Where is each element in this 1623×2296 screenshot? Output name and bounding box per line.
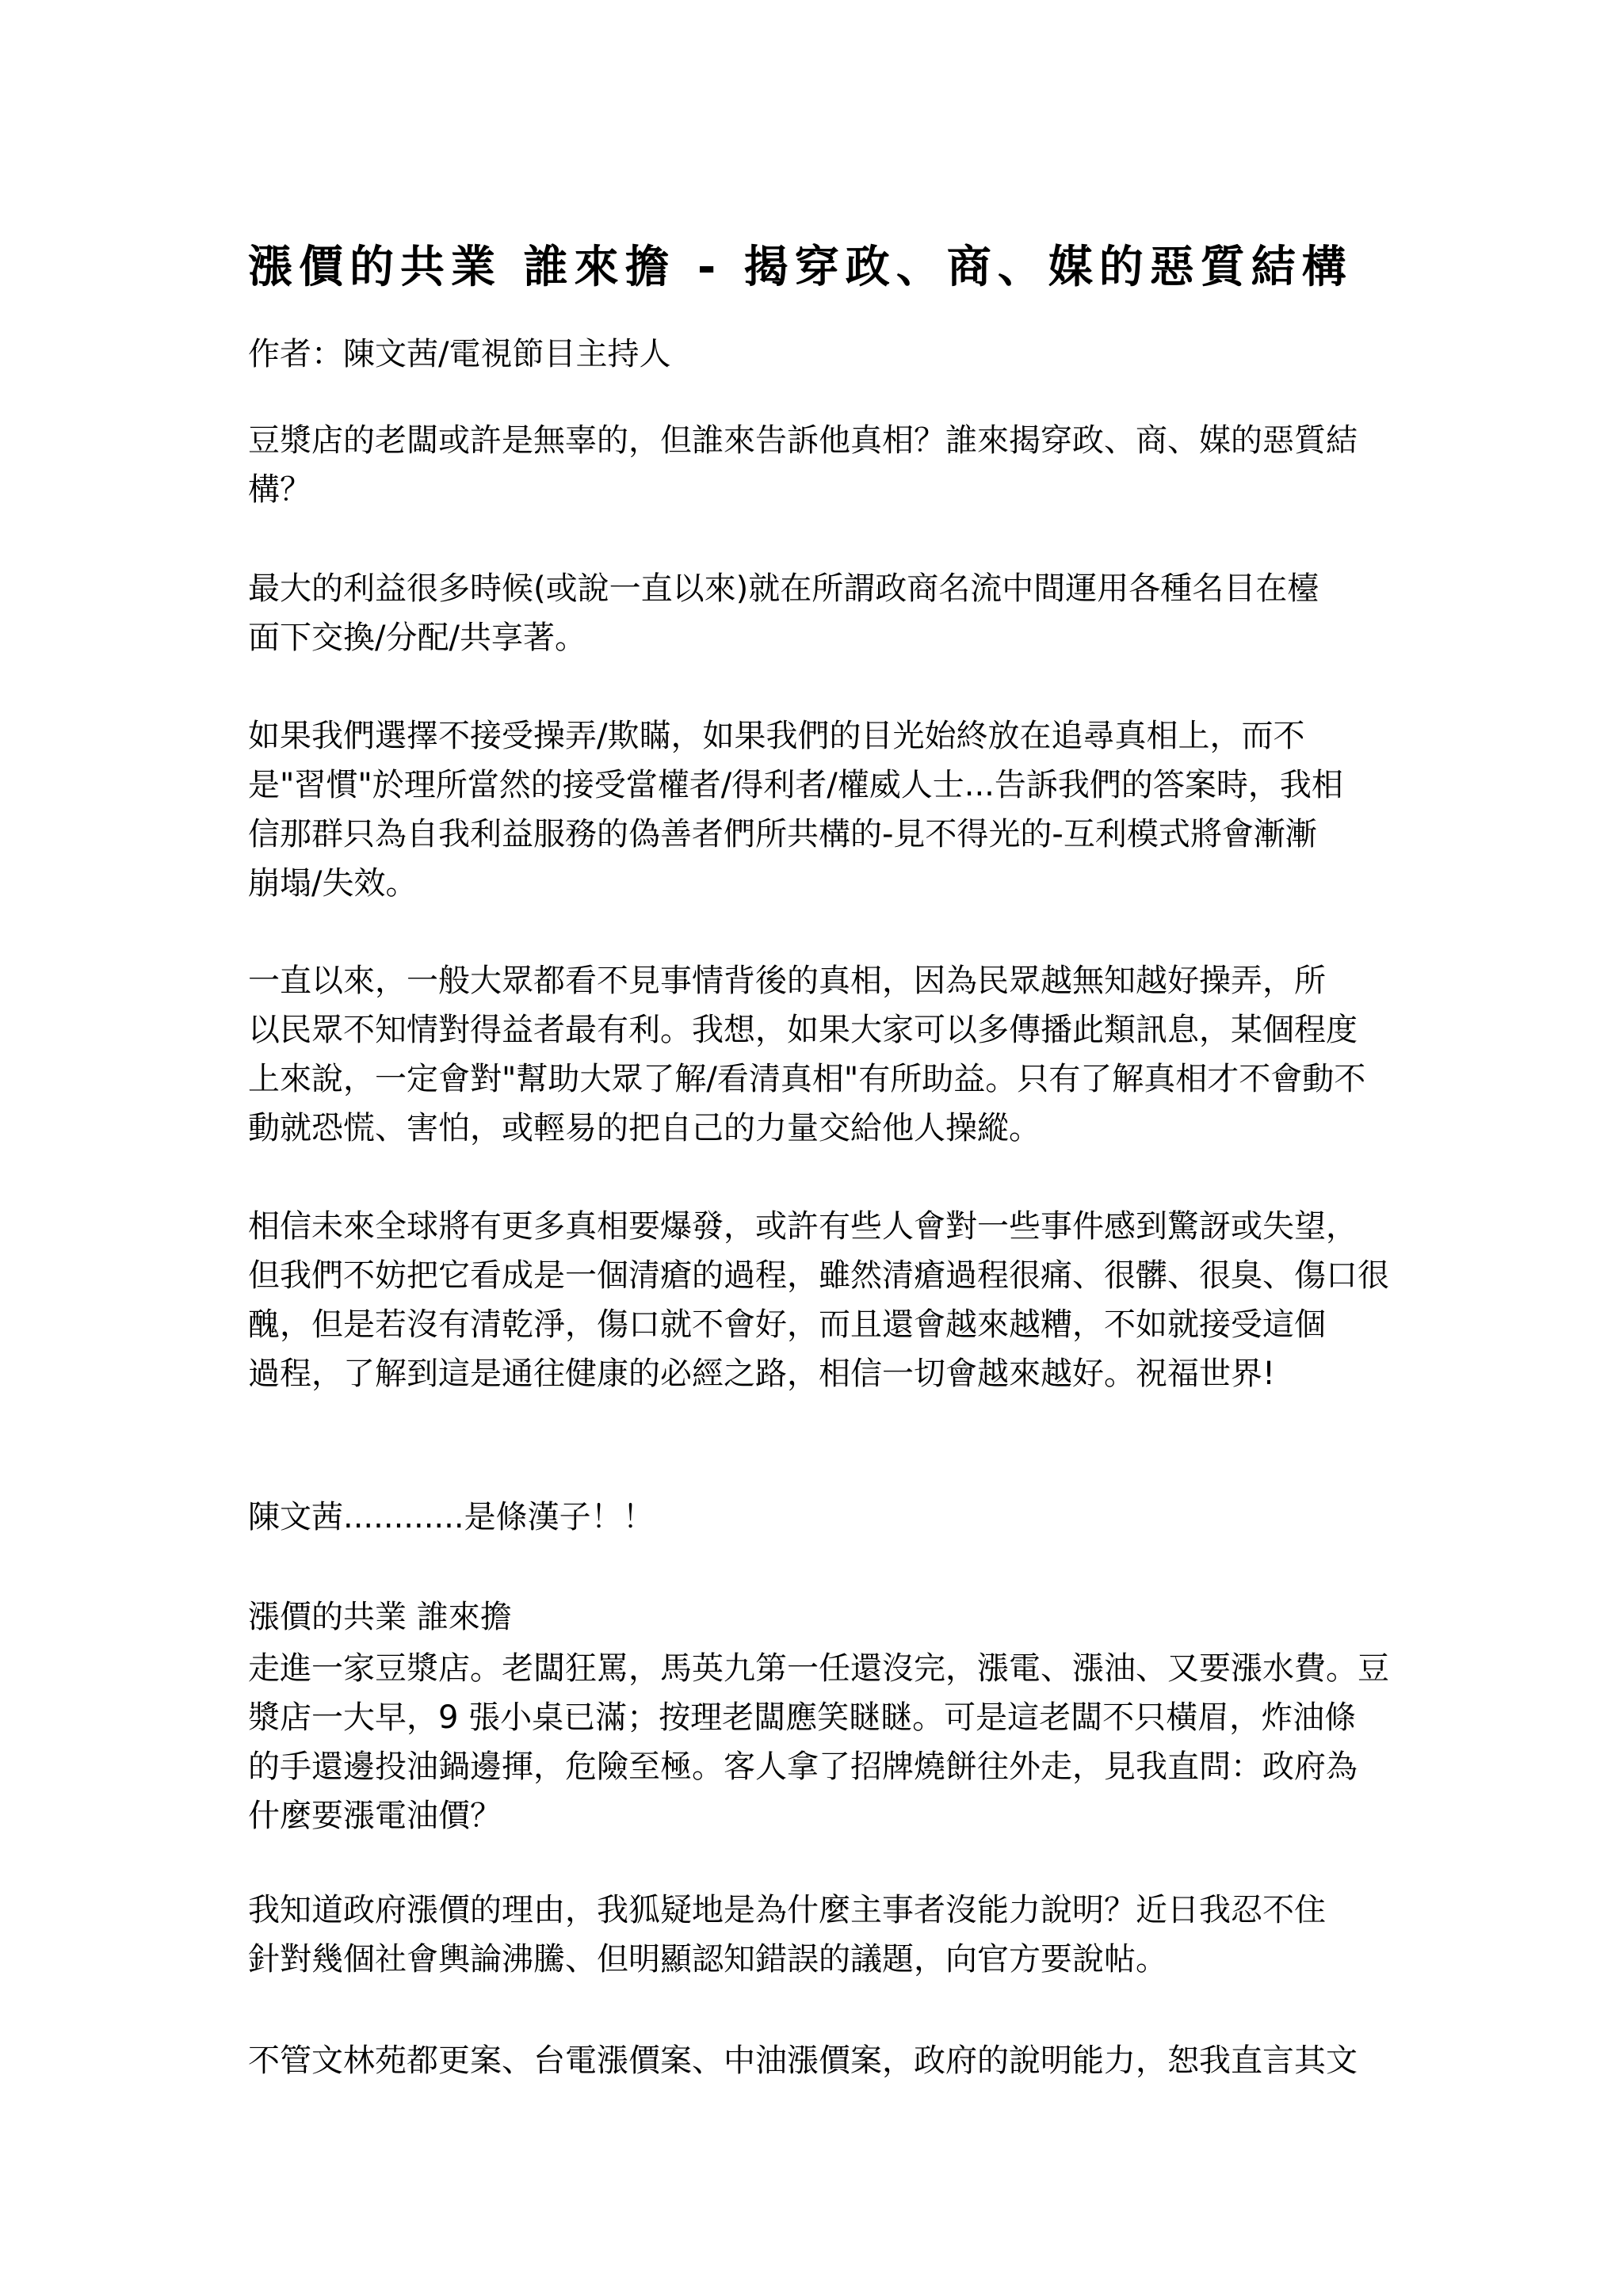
paragraph-line: 漿店一大早，9 張小桌已滿；按理老闆應笑瞇瞇。可是這老闆不只橫眉，炸油條 <box>248 1693 1389 1742</box>
paragraph-line: 的手還邊投油鍋邊揮，危險至極。客人拿了招牌燒餅往外走，見我直問：政府為 <box>248 1742 1389 1791</box>
paragraph-2: 最大的利益很多時候(或說一直以來)就在所謂政商名流中間運用各種名目在檯 面下交換… <box>248 564 1389 662</box>
story-paragraph-2: 我知道政府漲價的理由，我狐疑地是為什麼主事者沒能力說明？近日我忍不住 針對幾個社… <box>248 1886 1389 1984</box>
paragraph-line: 豆漿店的老闆或許是無辜的，但誰來告訴他真相？誰來揭穿政、商、媒的惡質結 <box>248 416 1389 465</box>
paragraph-line: 動就恐慌、害怕，或輕易的把自己的力量交給他人操縱。 <box>248 1104 1389 1153</box>
paragraph-line: 一直以來，一般大眾都看不見事情背後的真相，因為民眾越無知越好操弄，所 <box>248 956 1389 1005</box>
author-line: 作者：陳文茜/電視節目主持人 <box>248 330 1389 379</box>
paragraph-line: 構？ <box>248 465 1389 514</box>
paragraph-line: 相信未來全球將有更多真相要爆發，或許有些人會對一些事件感到驚訝或失望， <box>248 1202 1389 1251</box>
paragraph-line: 但我們不妨把它看成是一個清瘡的過程，雖然清瘡過程很痛、很髒、很臭、傷口很 <box>248 1251 1389 1300</box>
story-paragraph-3: 不管文林苑都更案、台電漲價案、中油漲價案，政府的說明能力，恕我直言其文 <box>248 2036 1389 2085</box>
story-paragraph-1: 走進一家豆漿店。老闆狂罵，馬英九第一任還沒完，漲電、漲油、又要漲水費。豆 漿店一… <box>248 1644 1389 1840</box>
paragraph-line: 面下交換/分配/共享著。 <box>248 613 1389 662</box>
paragraph-line: 我知道政府漲價的理由，我狐疑地是為什麼主事者沒能力說明？近日我忍不住 <box>248 1886 1389 1935</box>
paragraph-line: 是"習慣"於理所當然的接受當權者/得利者/權威人士...告訴我們的答案時，我相 <box>248 761 1389 810</box>
paragraph-line: 不管文林苑都更案、台電漲價案、中油漲價案，政府的說明能力，恕我直言其文 <box>248 2036 1389 2085</box>
paragraph-line: 什麼要漲電油價？ <box>248 1791 1389 1840</box>
paragraph-1: 豆漿店的老闆或許是無辜的，但誰來告訴他真相？誰來揭穿政、商、媒的惡質結 構？ <box>248 416 1389 514</box>
paragraph-line: 如果我們選擇不接受操弄/欺瞞，如果我們的目光始終放在追尋真相上，而不 <box>248 711 1389 761</box>
paragraph-line: 過程，了解到這是通往健康的必經之路，相信一切會越來越好。祝福世界! <box>248 1349 1389 1398</box>
paragraph-5: 相信未來全球將有更多真相要爆發，或許有些人會對一些事件感到驚訝或失望， 但我們不… <box>248 1202 1389 1398</box>
paragraph-line: 走進一家豆漿店。老闆狂罵，馬英九第一任還沒完，漲電、漲油、又要漲水費。豆 <box>248 1644 1389 1693</box>
paragraph-line: 最大的利益很多時候(或說一直以來)就在所謂政商名流中間運用各種名目在檯 <box>248 564 1389 613</box>
paragraph-line: 上來說，一定會對"幫助大眾了解/看清真相"有所助益。只有了解真相才不會動不 <box>248 1055 1389 1104</box>
paragraph-line: 醜，但是若沒有清乾淨，傷口就不會好，而且還會越來越糟，不如就接受這個 <box>248 1300 1389 1349</box>
paragraph-3: 如果我們選擇不接受操弄/欺瞞，如果我們的目光始終放在追尋真相上，而不 是"習慣"… <box>248 711 1389 908</box>
paragraph-line: 崩塌/失效。 <box>248 859 1389 908</box>
section-subtitle: 漲價的共業 誰來擔 <box>248 1592 1389 1642</box>
paragraph-line: 以民眾不知情對得益者最有利。我想，如果大家可以多傳播此類訊息，某個程度 <box>248 1005 1389 1055</box>
paragraph-line: 信那群只為自我利益服務的偽善者們所共構的-見不得光的-互利模式將會漸漸 <box>248 810 1389 859</box>
document-page: 漲價的共業 誰來擔 - 揭穿政、商、媒的惡質結構 作者：陳文茜/電視節目主持人 … <box>0 0 1623 2296</box>
paragraph-4: 一直以來，一般大眾都看不見事情背後的真相，因為民眾越無知越好操弄，所 以民眾不知… <box>248 956 1389 1153</box>
signature-line: 陳文茜............是條漢子！！ <box>248 1493 1389 1542</box>
paragraph-line: 針對幾個社會輿論沸騰、但明顯認知錯誤的議題，向官方要說帖。 <box>248 1935 1389 1984</box>
document-title: 漲價的共業 誰來擔 - 揭穿政、商、媒的惡質結構 <box>248 242 1389 294</box>
